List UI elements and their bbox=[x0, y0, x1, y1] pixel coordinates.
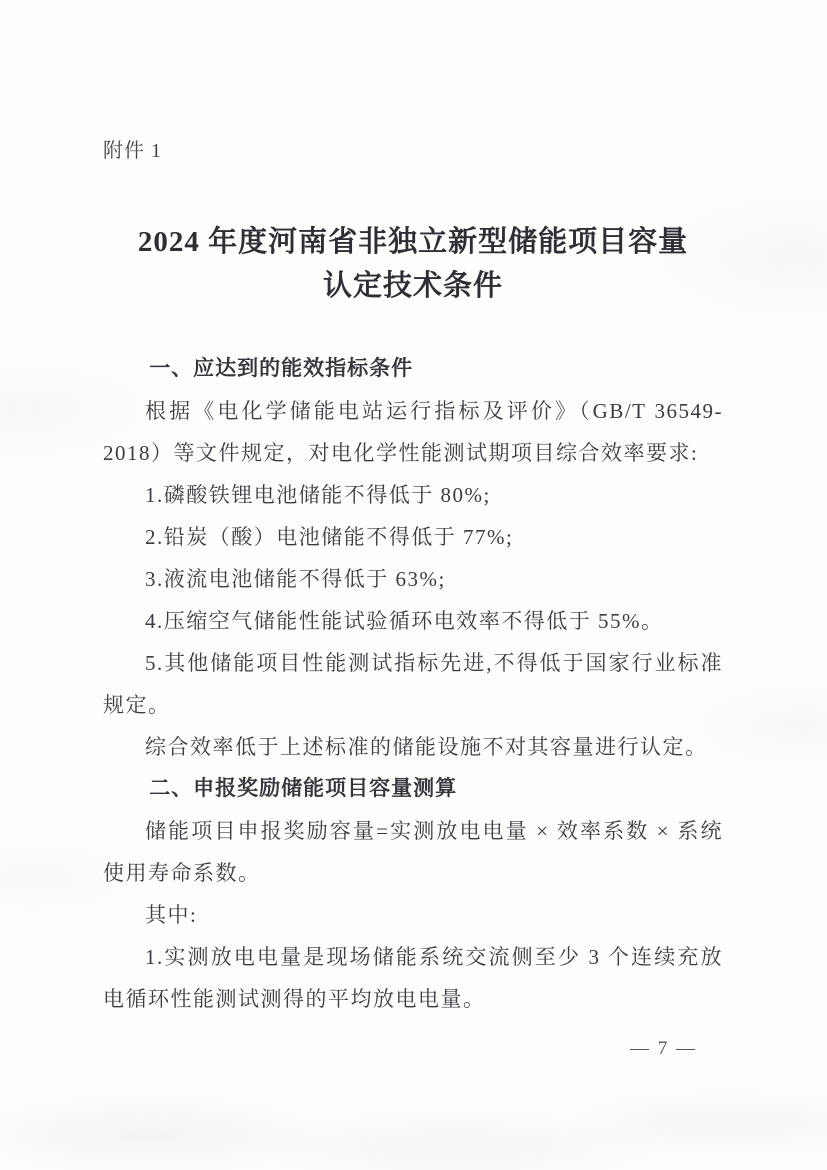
page-number: — 7 — bbox=[630, 1038, 697, 1060]
section-1-heading: 一、应达到的能效指标条件 bbox=[103, 348, 723, 390]
paragraph-among-which: 其中: bbox=[103, 894, 723, 936]
document-title: 2024 年度河南省非独立新型储能项目容量 认定技术条件 bbox=[103, 220, 723, 308]
list-item-3-flow-battery: 3.液流电池储能不得低于 63%; bbox=[103, 558, 723, 600]
document-page: 附件 1 2024 年度河南省非独立新型储能项目容量 认定技术条件 一、应达到的… bbox=[0, 0, 827, 1170]
document-body: 一、应达到的能效指标条件 根据《电化学储能电站运行指标及评价》（GB/T 365… bbox=[103, 348, 723, 1020]
page-content-area: 附件 1 2024 年度河南省非独立新型储能项目容量 认定技术条件 一、应达到的… bbox=[0, 0, 827, 1020]
paragraph-capacity-formula: 储能项目申报奖励容量=实测放电电量 × 效率系数 × 系统使用寿命系数。 bbox=[103, 810, 723, 894]
paragraph-basis: 根据《电化学储能电站运行指标及评价》（GB/T 36549-2018）等文件规定… bbox=[103, 390, 723, 474]
document-title-line-1: 2024 年度河南省非独立新型储能项目容量 bbox=[103, 220, 723, 264]
section-2-heading: 二、申报奖励储能项目容量测算 bbox=[103, 768, 723, 810]
attachment-label: 附件 1 bbox=[103, 136, 723, 166]
paragraph-efficiency-rule: 综合效率低于上述标准的储能设施不对其容量进行认定。 bbox=[103, 726, 723, 768]
list-item-2-lead-carbon: 2.铅炭（酸）电池储能不得低于 77%; bbox=[103, 516, 723, 558]
paragraph-measured-discharge: 1.实测放电电量是现场储能系统交流侧至少 3 个连续充放电循环性能测试测得的平均… bbox=[103, 936, 723, 1020]
list-item-1-lfp: 1.磷酸铁锂电池储能不得低于 80%; bbox=[103, 474, 723, 516]
document-title-line-2: 认定技术条件 bbox=[103, 264, 723, 308]
list-item-5-other-storage: 5.其他储能项目性能测试指标先进,不得低于国家行业标准规定。 bbox=[103, 642, 723, 726]
list-item-4-compressed-air: 4.压缩空气储能性能试验循环电效率不得低于 55%。 bbox=[103, 600, 723, 642]
